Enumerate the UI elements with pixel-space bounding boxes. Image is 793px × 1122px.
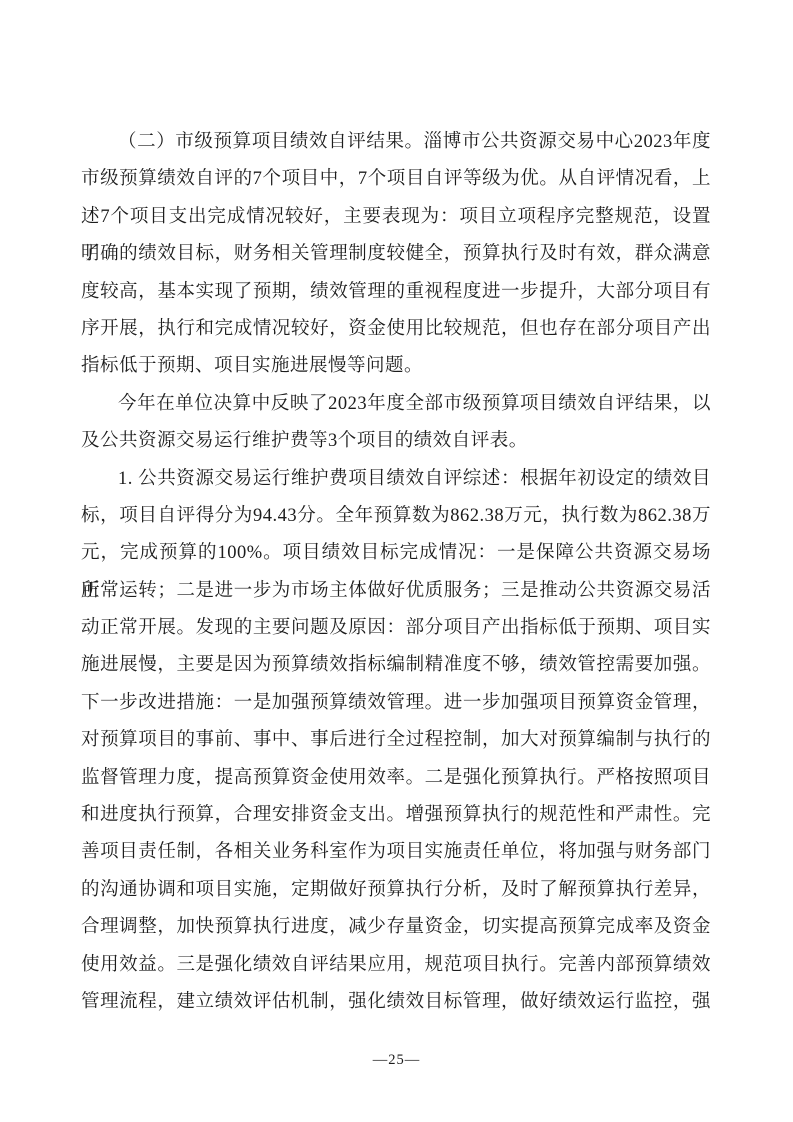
text-line: 1. 公共资源交易运行维护费项目绩效自评综述：根据年初设定的绩效目 <box>81 461 711 498</box>
text-line: 指标低于预期、项目实施进展慢等问题。 <box>81 348 711 385</box>
text-line: 动正常开展。发现的主要问题及原因：部分项目产出指标低于预期、项目实 <box>81 610 711 647</box>
text-line: 使用效益。三是强化绩效自评结果应用，规范项目执行。完善内部预算绩效 <box>81 947 711 984</box>
document-body: （二）市级预算项目绩效自评结果。淄博市公共资源交易中心2023年度市级预算绩效自… <box>81 124 711 1021</box>
text-line: 监督管理力度，提高预算资金使用效率。二是强化预算执行。严格按照项目 <box>81 760 711 797</box>
text-line: 正常运转；二是进一步为市场主体做好优质服务；三是推动公共资源交易活 <box>81 573 711 610</box>
text-line: 及公共资源交易运行维护费等3个项目的绩效自评表。 <box>81 423 711 460</box>
paragraph-city-level-project-self-evaluation-results: （二）市级预算项目绩效自评结果。淄博市公共资源交易中心2023年度市级预算绩效自… <box>81 124 711 386</box>
text-line: 序开展，执行和完成情况较好，资金使用比较规范，但也存在部分项目产出 <box>81 311 711 348</box>
text-line: （二）市级预算项目绩效自评结果。淄博市公共资源交易中心2023年度 <box>81 124 711 161</box>
text-line: 今年在单位决算中反映了2023年度全部市级预算项目绩效自评结果，以 <box>81 386 711 423</box>
text-line: 和进度执行预算，合理安排资金支出。增强预算执行的规范性和严肃性。完 <box>81 797 711 834</box>
text-line: 市级预算绩效自评的7个项目中，7个项目自评等级为优。从自评情况看，上 <box>81 161 711 198</box>
page-number: —25— <box>0 1052 793 1069</box>
text-line: 施进展慢，主要是因为预算绩效指标编制精准度不够，绩效管控需要加强。 <box>81 647 711 684</box>
paragraph-annual-final-accounts-reflection: 今年在单位决算中反映了2023年度全部市级预算项目绩效自评结果，以及公共资源交易… <box>81 386 711 461</box>
text-line: 管理流程，建立绩效评估机制，强化绩效目标管理，做好绩效运行监控，强 <box>81 984 711 1021</box>
text-line: 标，项目自评得分为94.43分。全年预算数为862.38万元，执行数为862.3… <box>81 498 711 535</box>
text-line: 元，完成预算的100%。项目绩效目标完成情况：一是保障公共资源交易场所 <box>81 535 711 572</box>
text-line: 明确的绩效目标，财务相关管理制度较健全，预算执行及时有效，群众满意 <box>81 236 711 273</box>
text-line: 合理调整，加快预算执行进度，减少存量资金，切实提高预算完成率及资金 <box>81 909 711 946</box>
text-line: 述7个项目支出完成情况较好，主要表现为：项目立项程序完整规范，设置了 <box>81 199 711 236</box>
text-line: 善项目责任制，各相关业务科室作为项目实施责任单位，将加强与财务部门 <box>81 834 711 871</box>
text-line: 的沟通协调和项目实施，定期做好预算执行分析，及时了解预算执行差异， <box>81 872 711 909</box>
paragraph-operation-maintenance-fee-self-evaluation-summary: 1. 公共资源交易运行维护费项目绩效自评综述：根据年初设定的绩效目标，项目自评得… <box>81 461 711 1022</box>
text-line: 对预算项目的事前、事中、事后进行全过程控制，加大对预算编制与执行的 <box>81 722 711 759</box>
text-line: 下一步改进措施：一是加强预算绩效管理。进一步加强项目预算资金管理， <box>81 685 711 722</box>
text-line: 度较高，基本实现了预期，绩效管理的重视程度进一步提升，大部分项目有 <box>81 274 711 311</box>
document-page: （二）市级预算项目绩效自评结果。淄博市公共资源交易中心2023年度市级预算绩效自… <box>0 0 793 1122</box>
